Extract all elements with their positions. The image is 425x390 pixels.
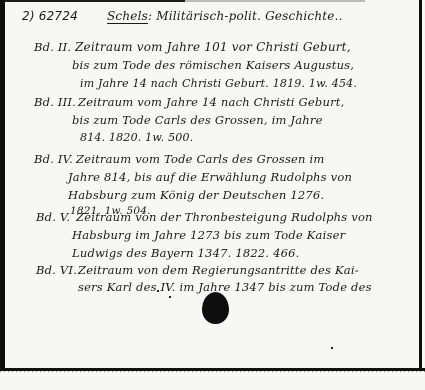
entry-line: Zeitraum von der Thronbesteigung Rudolph… xyxy=(76,210,373,224)
entry-volume-label: Bd. VI. xyxy=(36,263,77,277)
entry-line: Ludwigs des Bayern 1347. 1822. 466. xyxy=(72,246,300,260)
dust-speck xyxy=(169,296,171,298)
entry-line: Jahre 814, bis auf die Erwählung Rudolph… xyxy=(68,170,352,184)
entry-line: Zeitraum von dem Regierungsantritte des … xyxy=(78,263,359,277)
entry-volume-label: Bd. V. xyxy=(36,210,70,224)
dust-speck xyxy=(331,347,333,349)
entry-line: im Jahre 14 nach Christi Geburt. 1819. 1… xyxy=(80,77,357,90)
card-title: Schels: Militärisch-polit. Geschichte.. xyxy=(107,9,343,23)
entry-line: Zeitraum vom Jahre 101 vor Christi Gebur… xyxy=(75,40,351,54)
entry-volume-label: Bd. IV. xyxy=(34,152,73,166)
entry-volume-label: Bd. II. xyxy=(34,40,71,54)
entry-volume-label: Bd. III. xyxy=(34,95,76,109)
entry-line: bis zum Tode des römischen Kaisers Augus… xyxy=(72,58,354,72)
entry-line: Habsburg zum König der Deutschen 1276. xyxy=(68,188,324,202)
entry-line: 814. 1820. 1w. 500. xyxy=(80,131,193,144)
scanned-index-card: 2) 62724 Schels: Militärisch-polit. Gesc… xyxy=(0,0,425,390)
entry-line: bis zum Tode Carls des Grossen, im Jahre xyxy=(72,113,323,127)
scan-edge-noise xyxy=(0,371,425,372)
work-title: : Militärisch-polit. Geschichte.. xyxy=(148,9,343,23)
punch-hole xyxy=(202,292,229,324)
entry-line: Zeitraum vom Tode Carls des Grossen im xyxy=(76,152,325,166)
entry-line: Habsburg im Jahre 1273 bis zum Tode Kais… xyxy=(72,228,345,242)
card-right-border xyxy=(419,0,422,371)
author-name: Schels xyxy=(107,9,148,24)
entry-line: sers Karl des IV. im Jahre 1347 bis zum … xyxy=(78,280,372,294)
dust-speck xyxy=(157,290,159,292)
call-number: 2) 62724 xyxy=(22,9,78,23)
card-left-border xyxy=(0,0,5,371)
entry-line: Zeitraum vom Jahre 14 nach Christi Gebur… xyxy=(78,95,344,109)
card-top-edge xyxy=(5,0,365,2)
